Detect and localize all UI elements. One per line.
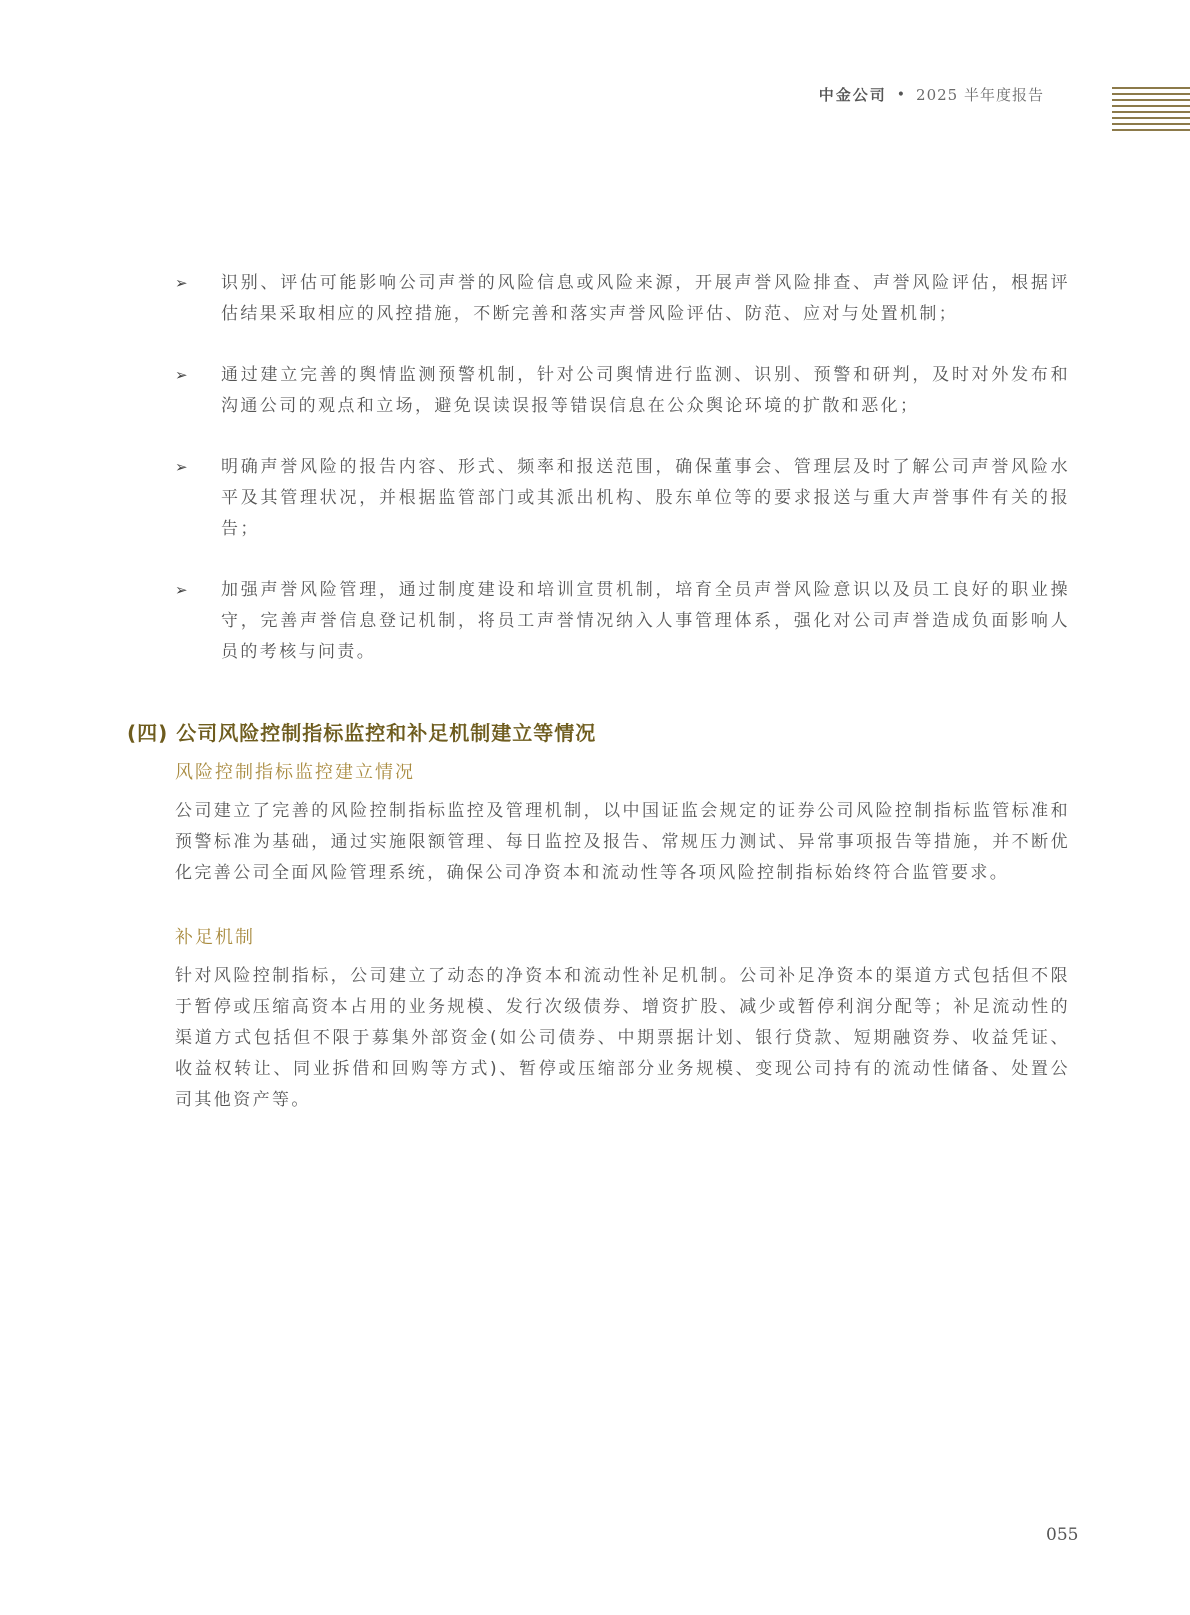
bullet-text: 明确声誉风险的报告内容、形式、频率和报送范围，确保董事会、管理层及时了解公司声誉… — [221, 452, 1070, 545]
bullet-list: ➢ 识别、评估可能影响公司声誉的风险信息或风险来源，开展声誉风险排查、声誉风险评… — [175, 268, 1070, 698]
page-number: 055 — [1046, 1525, 1078, 1545]
list-item: ➢ 加强声誉风险管理，通过制度建设和培训宣贯机制，培育全员声誉风险意识以及员工良… — [175, 575, 1070, 668]
bullet-text: 通过建立完善的舆情监测预警机制，针对公司舆情进行监测、识别、预警和研判，及时对外… — [221, 360, 1070, 422]
bullet-text: 加强声誉风险管理，通过制度建设和培训宣贯机制，培育全员声誉风险意识以及员工良好的… — [221, 575, 1070, 668]
arrow-bullet-icon: ➢ — [175, 452, 221, 545]
list-item: ➢ 识别、评估可能影响公司声誉的风险信息或风险来源，开展声誉风险排查、声誉风险评… — [175, 268, 1070, 330]
arrow-bullet-icon: ➢ — [175, 268, 221, 330]
list-item: ➢ 明确声誉风险的报告内容、形式、频率和报送范围，确保董事会、管理层及时了解公司… — [175, 452, 1070, 545]
company-name: 中金公司 — [819, 84, 887, 105]
running-header: 中金公司 • 2025 半年度报告 — [819, 84, 1044, 105]
report-title: 2025 半年度报告 — [916, 84, 1044, 105]
arrow-bullet-icon: ➢ — [175, 360, 221, 422]
bullet-text: 识别、评估可能影响公司声誉的风险信息或风险来源，开展声誉风险排查、声誉风险评估，… — [221, 268, 1070, 330]
paragraph-replenishment: 针对风险控制指标，公司建立了动态的净资本和流动性补足机制。公司补足净资本的渠道方… — [175, 961, 1070, 1116]
section-heading: (四) 公司风险控制指标监控和补足机制建立等情况 — [127, 717, 596, 746]
paragraph-monitoring: 公司建立了完善的风险控制指标监控及管理机制，以中国证监会规定的证券公司风险控制指… — [175, 796, 1070, 889]
subsection-heading-monitoring: 风险控制指标监控建立情况 — [175, 758, 415, 784]
decorative-lines-icon — [1112, 87, 1190, 135]
separator-dot: • — [897, 87, 906, 103]
arrow-bullet-icon: ➢ — [175, 575, 221, 668]
list-item: ➢ 通过建立完善的舆情监测预警机制，针对公司舆情进行监测、识别、预警和研判，及时… — [175, 360, 1070, 422]
subsection-heading-replenishment: 补足机制 — [175, 923, 255, 949]
